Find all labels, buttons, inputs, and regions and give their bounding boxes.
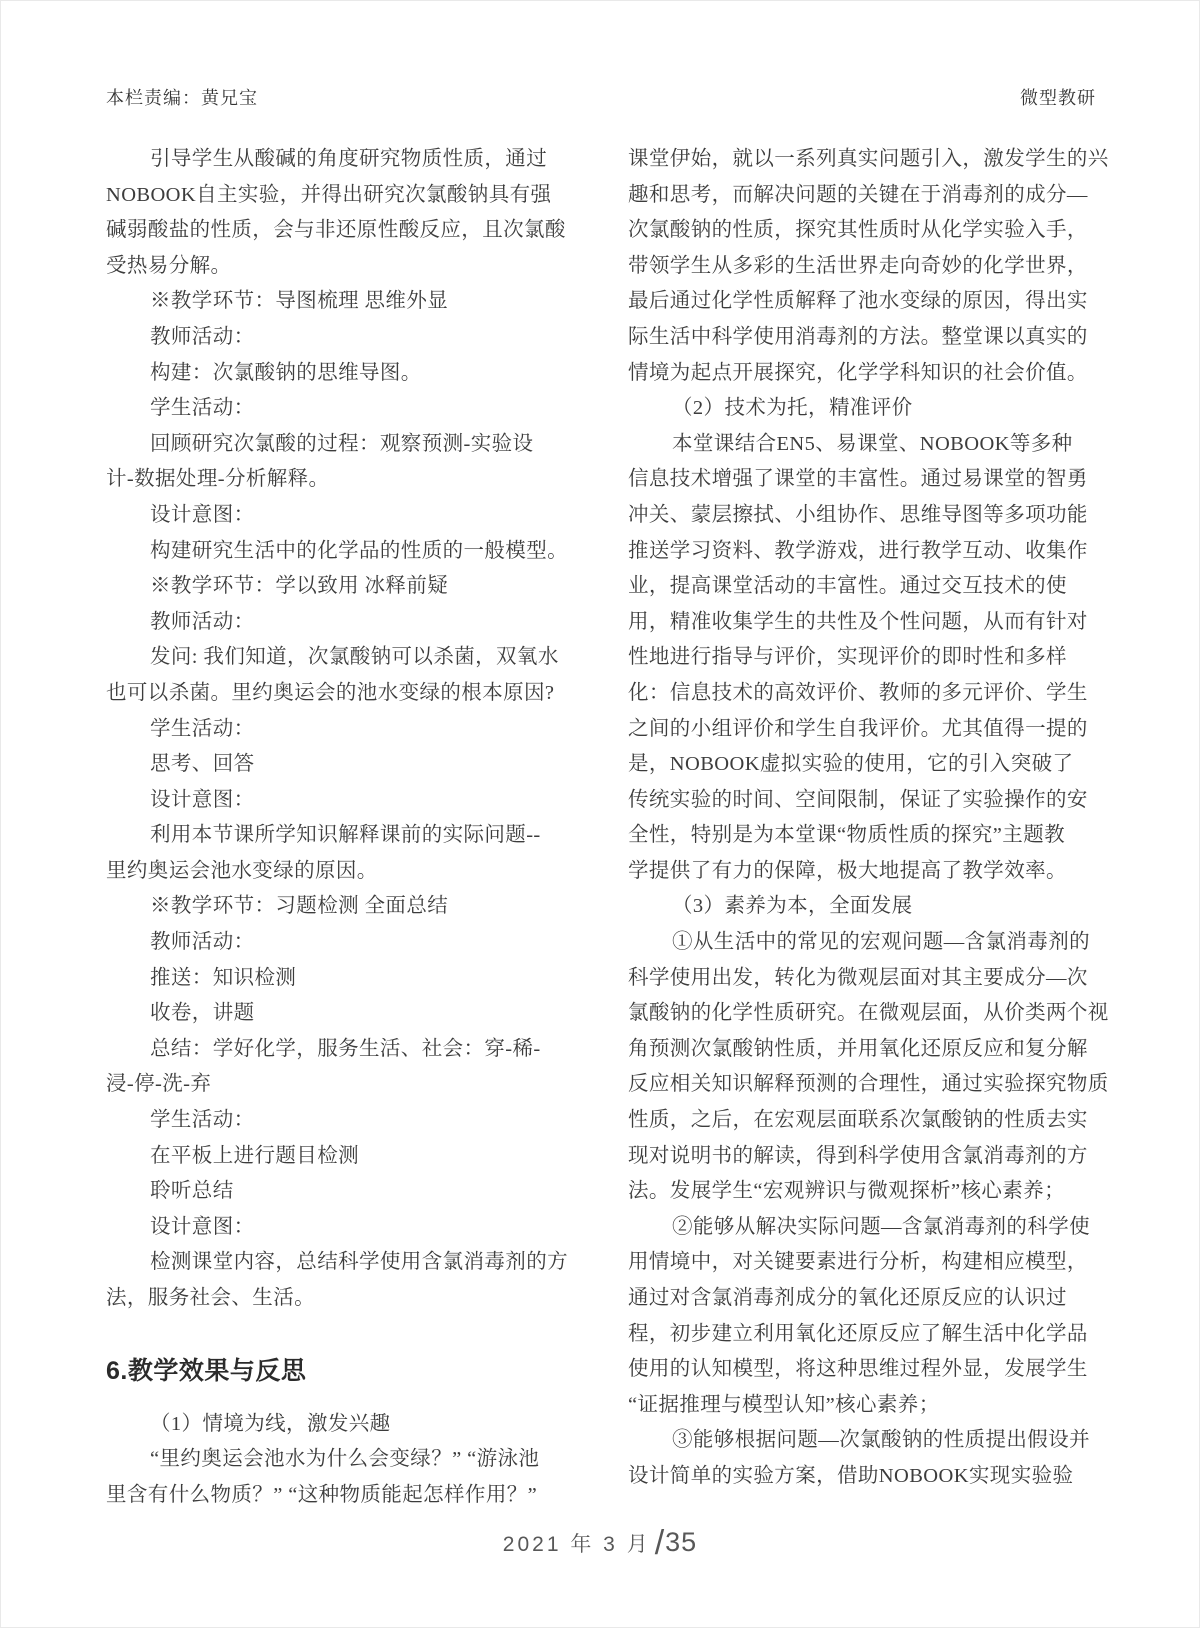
text-line: 里约奥运会池水变绿的原因。 bbox=[106, 854, 572, 890]
text-line: （3）素养为本，全面发展 bbox=[628, 889, 1098, 925]
text-line: 在平板上进行题目检测 bbox=[106, 1139, 572, 1175]
column-editor-label: 本栏责编：黄兄宝 bbox=[106, 84, 258, 110]
text-line: 冲关、蒙层擦拭、小组协作、思维导图等多项功能 bbox=[628, 498, 1098, 534]
text-line: 设计简单的实验方案，借助NOBOOK实现实验验 bbox=[628, 1459, 1098, 1495]
text-line: （2）技术为托，精准评价 bbox=[628, 391, 1098, 427]
text-line: 本堂课结合EN5、易课堂、NOBOOK等多种 bbox=[628, 427, 1098, 463]
text-line: 回顾研究次氯酸的过程：观察预测-实验设 bbox=[106, 427, 572, 463]
text-line: 教师活动： bbox=[106, 320, 572, 356]
page-number: 35 bbox=[665, 1527, 697, 1557]
text-line: 课堂伊始，就以一系列真实问题引入，激发学生的兴 bbox=[628, 142, 1098, 178]
slash-divider: / bbox=[655, 1524, 664, 1562]
text-line: 构建：次氯酸钠的思维导图。 bbox=[106, 356, 572, 392]
text-line: 之间的小组评价和学生自我评价。尤其值得一提的 bbox=[628, 712, 1098, 748]
text-line: 受热易分解。 bbox=[106, 249, 572, 285]
text-line: 思考、回答 bbox=[106, 747, 572, 783]
text-line: ③能够根据问题—次氯酸钠的性质提出假设并 bbox=[628, 1423, 1098, 1459]
text-line: 法，服务社会、生活。 bbox=[106, 1281, 572, 1317]
text-line: 使用的认知模型，将这种思维过程外显，发展学生 bbox=[628, 1352, 1098, 1388]
text-line: 碱弱酸盐的性质，会与非还原性酸反应，且次氯酸 bbox=[106, 213, 572, 249]
page-header: 本栏责编：黄兄宝 微型教研 bbox=[106, 84, 1096, 110]
text-line: 设计意图： bbox=[106, 783, 572, 819]
text-line: 用，精准收集学生的共性及个性问题，从而有针对 bbox=[628, 605, 1098, 641]
text-line: 设计意图： bbox=[106, 1210, 572, 1246]
text-line: ②能够从解决实际问题—含氯消毒剂的科学使 bbox=[628, 1210, 1098, 1246]
section-name-label: 微型教研 bbox=[1020, 84, 1096, 110]
text-line: 学提供了有力的保障，极大地提高了教学效率。 bbox=[628, 854, 1098, 890]
text-line: 现对说明书的解读，得到科学使用含氯消毒剂的方 bbox=[628, 1139, 1098, 1175]
text-line: 情境为起点开展探究，化学学科知识的社会价值。 bbox=[628, 356, 1098, 392]
text-line: 推送学习资料、教学游戏，进行教学互动、收集作 bbox=[628, 534, 1098, 570]
text-line: 最后通过化学性质解释了池水变绿的原因，得出实 bbox=[628, 284, 1098, 320]
text-line: 学生活动： bbox=[106, 1103, 572, 1139]
text-line: 性地进行指导与评价，实现评价的即时性和多样 bbox=[628, 640, 1098, 676]
text-line: 教师活动： bbox=[106, 605, 572, 641]
text-line: “里约奥运会池水为什么会变绿？” “游泳池 bbox=[106, 1442, 572, 1478]
text-line: ※教学环节：习题检测 全面总结 bbox=[106, 889, 572, 925]
text-line: 学生活动： bbox=[106, 391, 572, 427]
text-line: “证据推理与模型认知”核心素养； bbox=[628, 1388, 1098, 1424]
right-column-lines: 课堂伊始，就以一系列真实问题引入，激发学生的兴趣和思考，而解决问题的关键在于消毒… bbox=[628, 142, 1098, 1495]
text-line: 全性，特别是为本堂课“物质性质的探究”主题教 bbox=[628, 818, 1098, 854]
left-column-post-heading-lines: （1）情境为线，激发兴趣“里约奥运会池水为什么会变绿？” “游泳池里含有什么物质… bbox=[106, 1407, 572, 1514]
text-line: 性质，之后，在宏观层面联系次氯酸钠的性质去实 bbox=[628, 1103, 1098, 1139]
text-line: 推送：知识检测 bbox=[106, 961, 572, 997]
text-line: 引导学生从酸碱的角度研究物质性质，通过 bbox=[106, 142, 572, 178]
text-line: 计-数据处理-分析解释。 bbox=[106, 462, 572, 498]
page: 本栏责编：黄兄宝 微型教研 引导学生从酸碱的角度研究物质性质，通过NOBOOK自… bbox=[0, 0, 1200, 1628]
text-line: NOBOOK自主实验，并得出研究次氯酸钠具有强 bbox=[106, 178, 572, 214]
text-line: （1）情境为线，激发兴趣 bbox=[106, 1407, 572, 1443]
text-line: 传统实验的时间、空间限制，保证了实验操作的安 bbox=[628, 783, 1098, 819]
text-line: 聆听总结 bbox=[106, 1174, 572, 1210]
text-line: 发问: 我们知道，次氯酸钠可以杀菌，双氧水 bbox=[106, 640, 572, 676]
text-line: 角预测次氯酸钠性质，并用氧化还原反应和复分解 bbox=[628, 1032, 1098, 1068]
text-line: 是，NOBOOK虚拟实验的使用，它的引入突破了 bbox=[628, 747, 1098, 783]
text-line: ①从生活中的常见的宏观问题—含氯消毒剂的 bbox=[628, 925, 1098, 961]
text-line: 总结：学好化学，服务生活、社会：穿-稀- bbox=[106, 1032, 572, 1068]
left-column-lines: 引导学生从酸碱的角度研究物质性质，通过NOBOOK自主实验，并得出研究次氯酸钠具… bbox=[106, 142, 572, 1317]
text-line: 学生活动： bbox=[106, 712, 572, 748]
text-line: 信息技术增强了课堂的丰富性。通过易课堂的智勇 bbox=[628, 462, 1098, 498]
text-line: 氯酸钠的化学性质研究。在微观层面，从价类两个视 bbox=[628, 996, 1098, 1032]
text-line: 带领学生从多彩的生活世界走向奇妙的化学世界， bbox=[628, 249, 1098, 285]
article-body: 引导学生从酸碱的角度研究物质性质，通过NOBOOK自主实验，并得出研究次氯酸钠具… bbox=[106, 142, 1098, 1513]
issue-date: 2021 年 3 月 bbox=[503, 1533, 651, 1556]
text-line: 也可以杀菌。里约奥运会的池水变绿的根本原因? bbox=[106, 676, 572, 712]
text-line: ※教学环节：学以致用 冰释前疑 bbox=[106, 569, 572, 605]
right-column: 课堂伊始，就以一系列真实问题引入，激发学生的兴趣和思考，而解决问题的关键在于消毒… bbox=[628, 142, 1098, 1513]
text-line: 教师活动： bbox=[106, 925, 572, 961]
text-line: 次氯酸钠的性质，探究其性质时从化学实验入手， bbox=[628, 213, 1098, 249]
text-line: 构建研究生活中的化学品的性质的一般模型。 bbox=[106, 534, 572, 570]
text-line: ※教学环节：导图梳理 思维外显 bbox=[106, 284, 572, 320]
text-line: 际生活中科学使用消毒剂的方法。整堂课以真实的 bbox=[628, 320, 1098, 356]
text-line: 化：信息技术的高效评价、教师的多元评价、学生 bbox=[628, 676, 1098, 712]
text-line: 趣和思考，而解决问题的关键在于消毒剂的成分— bbox=[628, 178, 1098, 214]
text-line: 里含有什么物质？” “这种物质能起怎样作用？” bbox=[106, 1478, 572, 1514]
text-line: 通过对含氯消毒剂成分的氧化还原反应的认识过 bbox=[628, 1281, 1098, 1317]
text-line: 收卷，讲题 bbox=[106, 996, 572, 1032]
page-footer: 2021 年 3 月/35 bbox=[0, 1522, 1200, 1567]
left-column: 引导学生从酸碱的角度研究物质性质，通过NOBOOK自主实验，并得出研究次氯酸钠具… bbox=[106, 142, 572, 1513]
text-line: 法。发展学生“宏观辨识与微观探析”核心素养； bbox=[628, 1174, 1098, 1210]
text-line: 科学使用出发，转化为微观层面对其主要成分—次 bbox=[628, 961, 1098, 997]
text-line: 反应相关知识解释预测的合理性，通过实验探究物质 bbox=[628, 1067, 1098, 1103]
text-line: 浸-停-洗-弃 bbox=[106, 1067, 572, 1103]
text-line: 检测课堂内容，总结科学使用含氯消毒剂的方 bbox=[106, 1245, 572, 1281]
text-line: 设计意图： bbox=[106, 498, 572, 534]
text-line: 业，提高课堂活动的丰富性。通过交互技术的使 bbox=[628, 569, 1098, 605]
text-line: 程，初步建立利用氧化还原反应了解生活中化学品 bbox=[628, 1317, 1098, 1353]
text-line: 利用本节课所学知识解释课前的实际问题-- bbox=[106, 818, 572, 854]
text-line: 用情境中，对关键要素进行分析，构建相应模型， bbox=[628, 1245, 1098, 1281]
section-heading: 6.教学效果与反思 bbox=[106, 1351, 572, 1387]
